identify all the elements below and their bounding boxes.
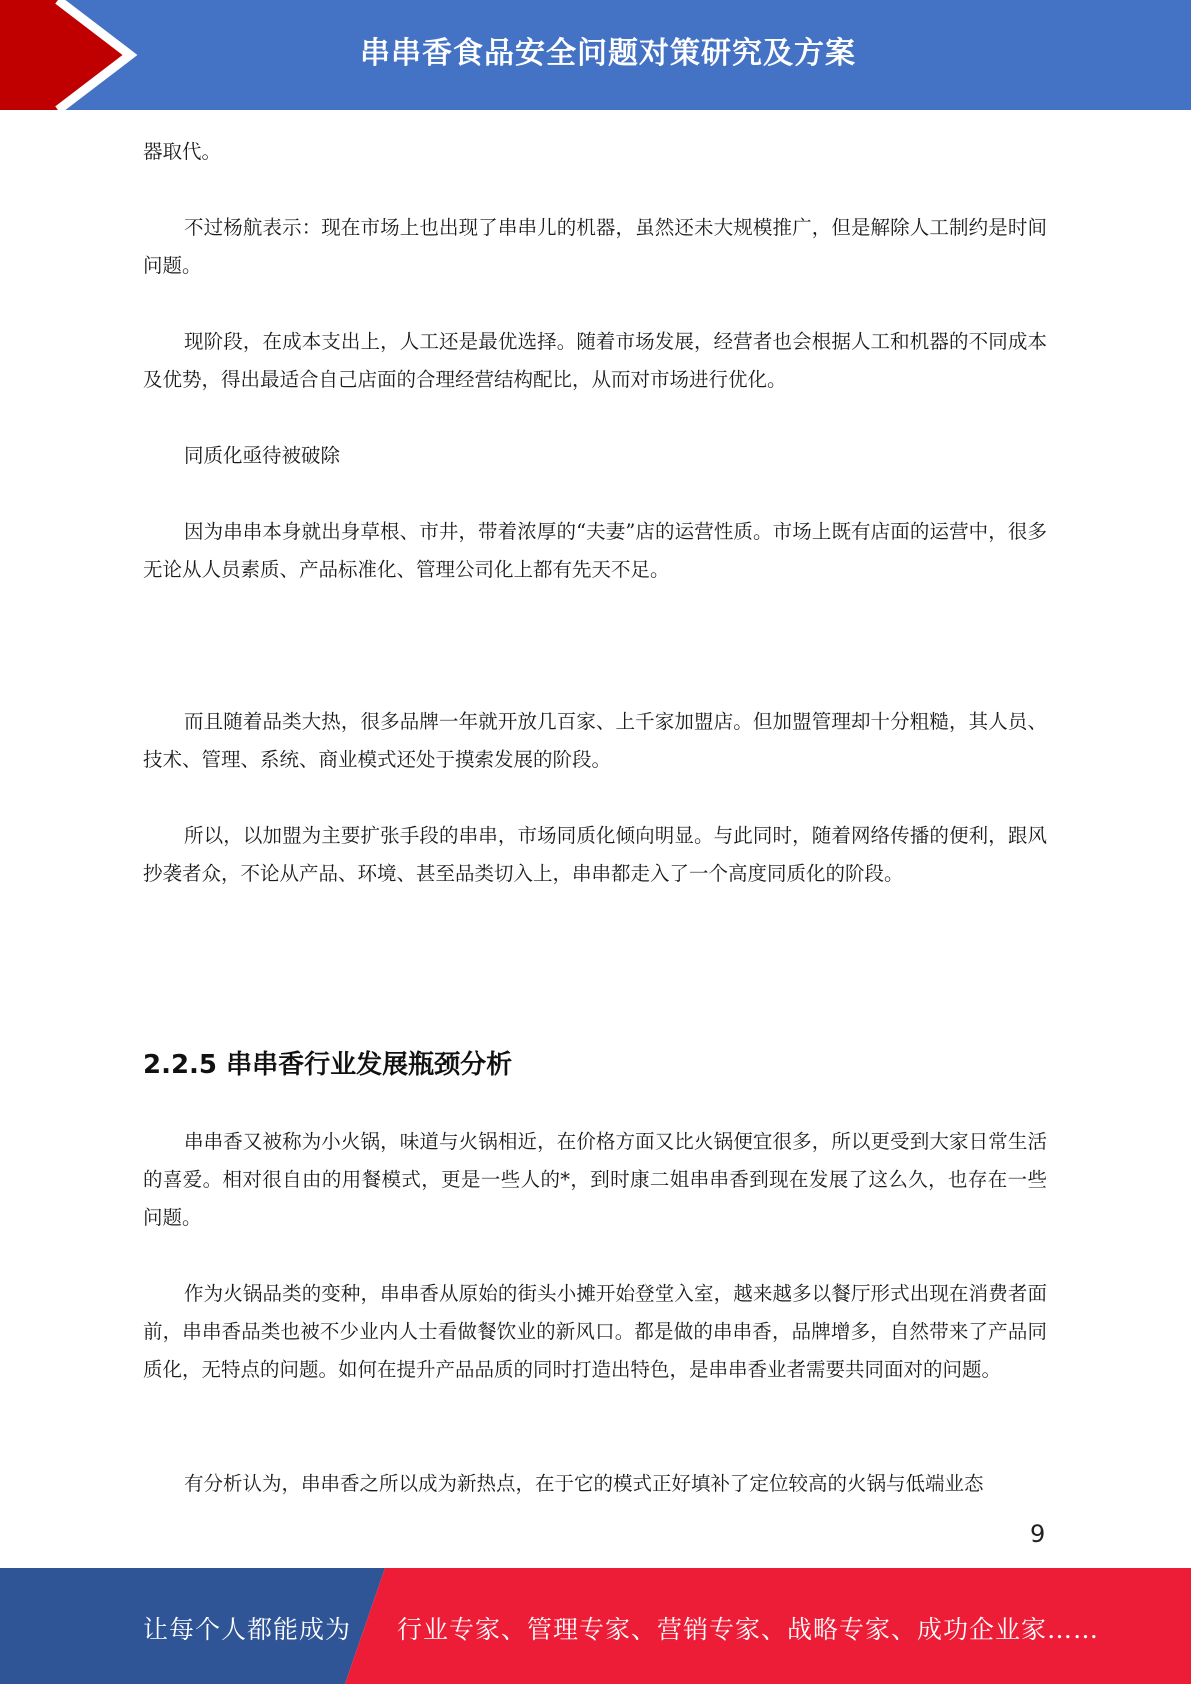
paragraph: 有分析认为，串串香之所以成为新热点，在于它的模式正好填补了定位较高的火锅与低端业… [143,1465,1047,1503]
section-heading: 2.2.5 串串香行业发展瓶颈分析 [143,1044,512,1081]
paragraph: 器取代。 [143,133,1047,171]
page-number: 9 [1030,1520,1045,1548]
subheading-paragraph: 同质化亟待被破除 [143,437,1047,475]
paragraph: 因为串串本身就出身草根、市井，带着浓厚的“夫妻”店的运营性质。市场上既有店面的运… [143,513,1047,589]
footer-slogan-right: 行业专家、管理专家、营销专家、战略专家、成功企业家…… [397,1610,1099,1646]
paragraph: 不过杨航表示：现在市场上也出现了串串儿的机器，虽然还未大规模推广，但是解除人工制… [143,209,1047,285]
paragraph: 而且随着品类大热，很多品牌一年就开放几百家、上千家加盟店。但加盟管理却十分粗糙，… [143,703,1047,779]
page-footer: 让每个人都能成为 行业专家、管理专家、营销专家、战略专家、成功企业家…… [0,1568,1191,1684]
paragraph: 现阶段，在成本支出上，人工还是最优选择。随着市场发展，经营者也会根据人工和机器的… [143,323,1047,399]
paragraph: 所以，以加盟为主要扩张手段的串串，市场同质化倾向明显。与此同时，随着网络传播的便… [143,817,1047,893]
paragraph: 作为火锅品类的变种，串串香从原始的街头小摊开始登堂入室，越来越多以餐厅形式出现在… [143,1275,1047,1389]
document-title: 串串香食品安全问题对策研究及方案 [0,28,1191,72]
paragraph: 串串香又被称为小火锅，味道与火锅相近，在价格方面又比火锅便宜很多，所以更受到大家… [143,1123,1047,1237]
footer-slogan-left: 让每个人都能成为 [143,1610,351,1646]
page-header: 串串香食品安全问题对策研究及方案 [0,0,1191,110]
